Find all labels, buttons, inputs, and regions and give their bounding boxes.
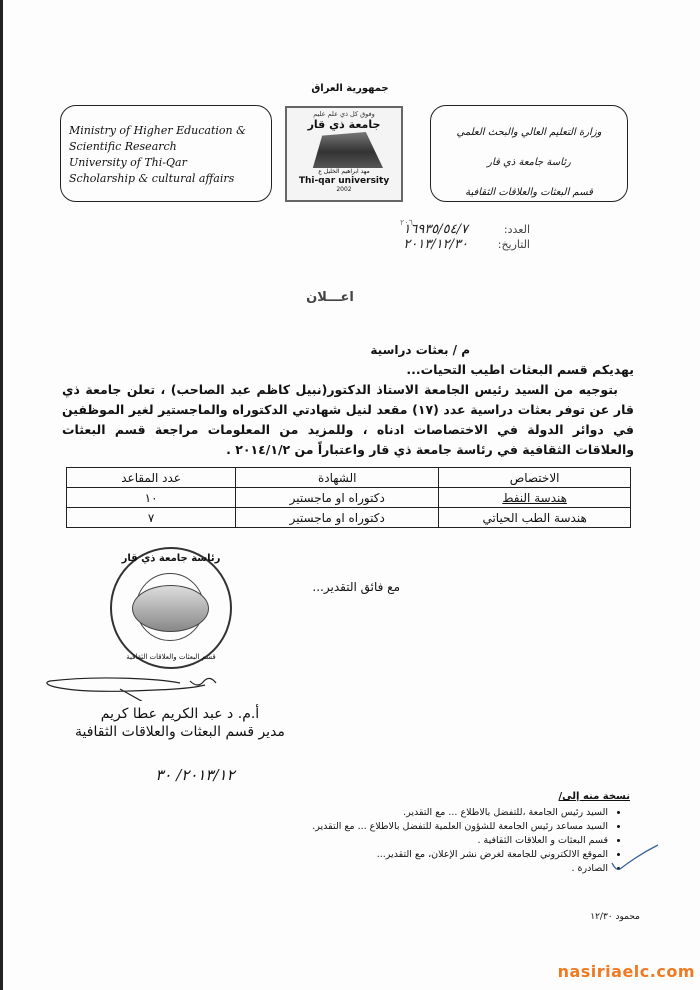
department-line: Scholarship & cultural affairs [69, 171, 246, 187]
english-letterhead-box: Ministry of Higher Education & Scientifi… [60, 105, 272, 202]
number-value: ١٦٩٣٥/٥٤/٧ [403, 222, 468, 237]
closing-line: مع فائق التقدير... [260, 580, 400, 594]
list-item: قسم البعثات و العلاقات الثقافية . [250, 834, 608, 848]
cell-seats: ٧ [67, 508, 236, 528]
col-specialization: الاختصاص [439, 468, 631, 488]
signer-name: أ.م. د عبد الكريم عطا كريم [60, 705, 300, 723]
seal-ziggurat-icon [132, 585, 209, 632]
cell-seats: ١٠ [67, 488, 236, 508]
date-value: ٢٠١٣/١٢/٣٠ [403, 237, 468, 252]
handwritten-signature [40, 675, 220, 701]
reference-block: العدد: ١٦٩٣٥/٥٤/٧ التاريخ: ٢٠١٣/١٢/٣٠ [150, 222, 530, 252]
university-line: University of Thi-Qar [69, 155, 246, 171]
logo-year: 2002 [287, 186, 401, 193]
announcement-title: اعـــلان [290, 290, 370, 305]
scholarship-table: الاختصاص الشهادة عدد المقاعد هندسة النفط… [66, 467, 631, 528]
date-label: التاريخ: [480, 237, 530, 252]
cell-degree: دكتوراه او ماجستير [236, 508, 439, 528]
republic-heading: جمهورية العراق [300, 83, 400, 94]
signature-date: ٢٠١٣/١٢/ ٣٠ [120, 766, 270, 784]
letter-body: يهديكم قسم البعثات اطيب التحيات... بتوجي… [62, 360, 634, 460]
ministry-line-ar: وزارة التعليم العالي والبحث العلمي [441, 118, 617, 148]
greeting: يهديكم قسم البعثات اطيب التحيات... [62, 360, 634, 380]
seal-bottom-text: قسم البعثات والعلاقات الثقافية [112, 653, 230, 661]
university-logo: وفوق كل ذي علم عليم جامعة ذي قار مهد ابر… [285, 106, 403, 202]
logo-motto: وفوق كل ذي علم عليم [287, 110, 401, 118]
col-seats: عدد المقاعد [67, 468, 236, 488]
copies-to-section: نسخة منه إلى/ السيد رئيس الجامعة ،للتفضل… [250, 790, 630, 876]
subject-line: م / بعثات دراسية [290, 343, 470, 357]
department-line-ar: قسم البعثات والعلاقات الثقافية [441, 178, 617, 208]
list-item: الصادرة . [250, 862, 608, 876]
cell-degree: دكتوراه او ماجستير [236, 488, 439, 508]
table-row: هندسة النفط دكتوراه او ماجستير ١٠ [67, 488, 631, 508]
cell-specialization: هندسة النفط [439, 488, 631, 508]
cell-specialization: هندسة الطب الحياتي [439, 508, 631, 528]
checkmark-icon [610, 843, 660, 873]
official-seal-stamp: رئاسة جامعة ذي قار قسم البعثات والعلاقات… [110, 547, 232, 669]
typist-note: محمود ١٢/٣٠ [560, 912, 640, 922]
ziggurat-icon [305, 132, 383, 168]
seal-top-text: رئاسة جامعة ذي قار [112, 553, 230, 564]
logo-name-english: Thi-qar university [287, 176, 401, 186]
announcement-paragraph: بتوجيه من السيد رئيس الجامعة الاستاذ الد… [62, 380, 634, 460]
scan-edge [0, 0, 3, 990]
col-degree: الشهادة [236, 468, 439, 488]
table-row: هندسة الطب الحياتي دكتوراه او ماجستير ٧ [67, 508, 631, 528]
arabic-letterhead-box: وزارة التعليم العالي والبحث العلمي رئاسة… [430, 105, 628, 202]
logo-name-arabic: جامعة ذي قار [287, 118, 401, 131]
list-item: السيد مساعد رئيس الجامعة للشؤون العلمية … [250, 820, 608, 834]
list-item: السيد رئيس الجامعة ،للتفضل بالاطلاع ... … [250, 806, 608, 820]
signer-block: أ.م. د عبد الكريم عطا كريم مدير قسم البع… [60, 705, 300, 741]
presidency-line-ar: رئاسة جامعة ذي قار [441, 148, 617, 178]
signer-position: مدير قسم البعثات والعلاقات الثقافية [60, 723, 300, 741]
logo-caption: مهد ابراهيم الخليل ع [287, 168, 401, 176]
research-line: Scientific Research [69, 139, 246, 155]
copies-list: السيد رئيس الجامعة ،للتفضل بالاطلاع ... … [250, 806, 630, 876]
copies-heading: نسخة منه إلى/ [250, 790, 630, 804]
table-header-row: الاختصاص الشهادة عدد المقاعد [67, 468, 631, 488]
ministry-line: Ministry of Higher Education & [69, 123, 246, 139]
number-label: العدد: [480, 222, 530, 237]
watermark: nasiriaelc.com [555, 962, 695, 981]
list-item: الموقع الالكتروني للجامعة لغرض نشر الإعل… [250, 848, 608, 862]
